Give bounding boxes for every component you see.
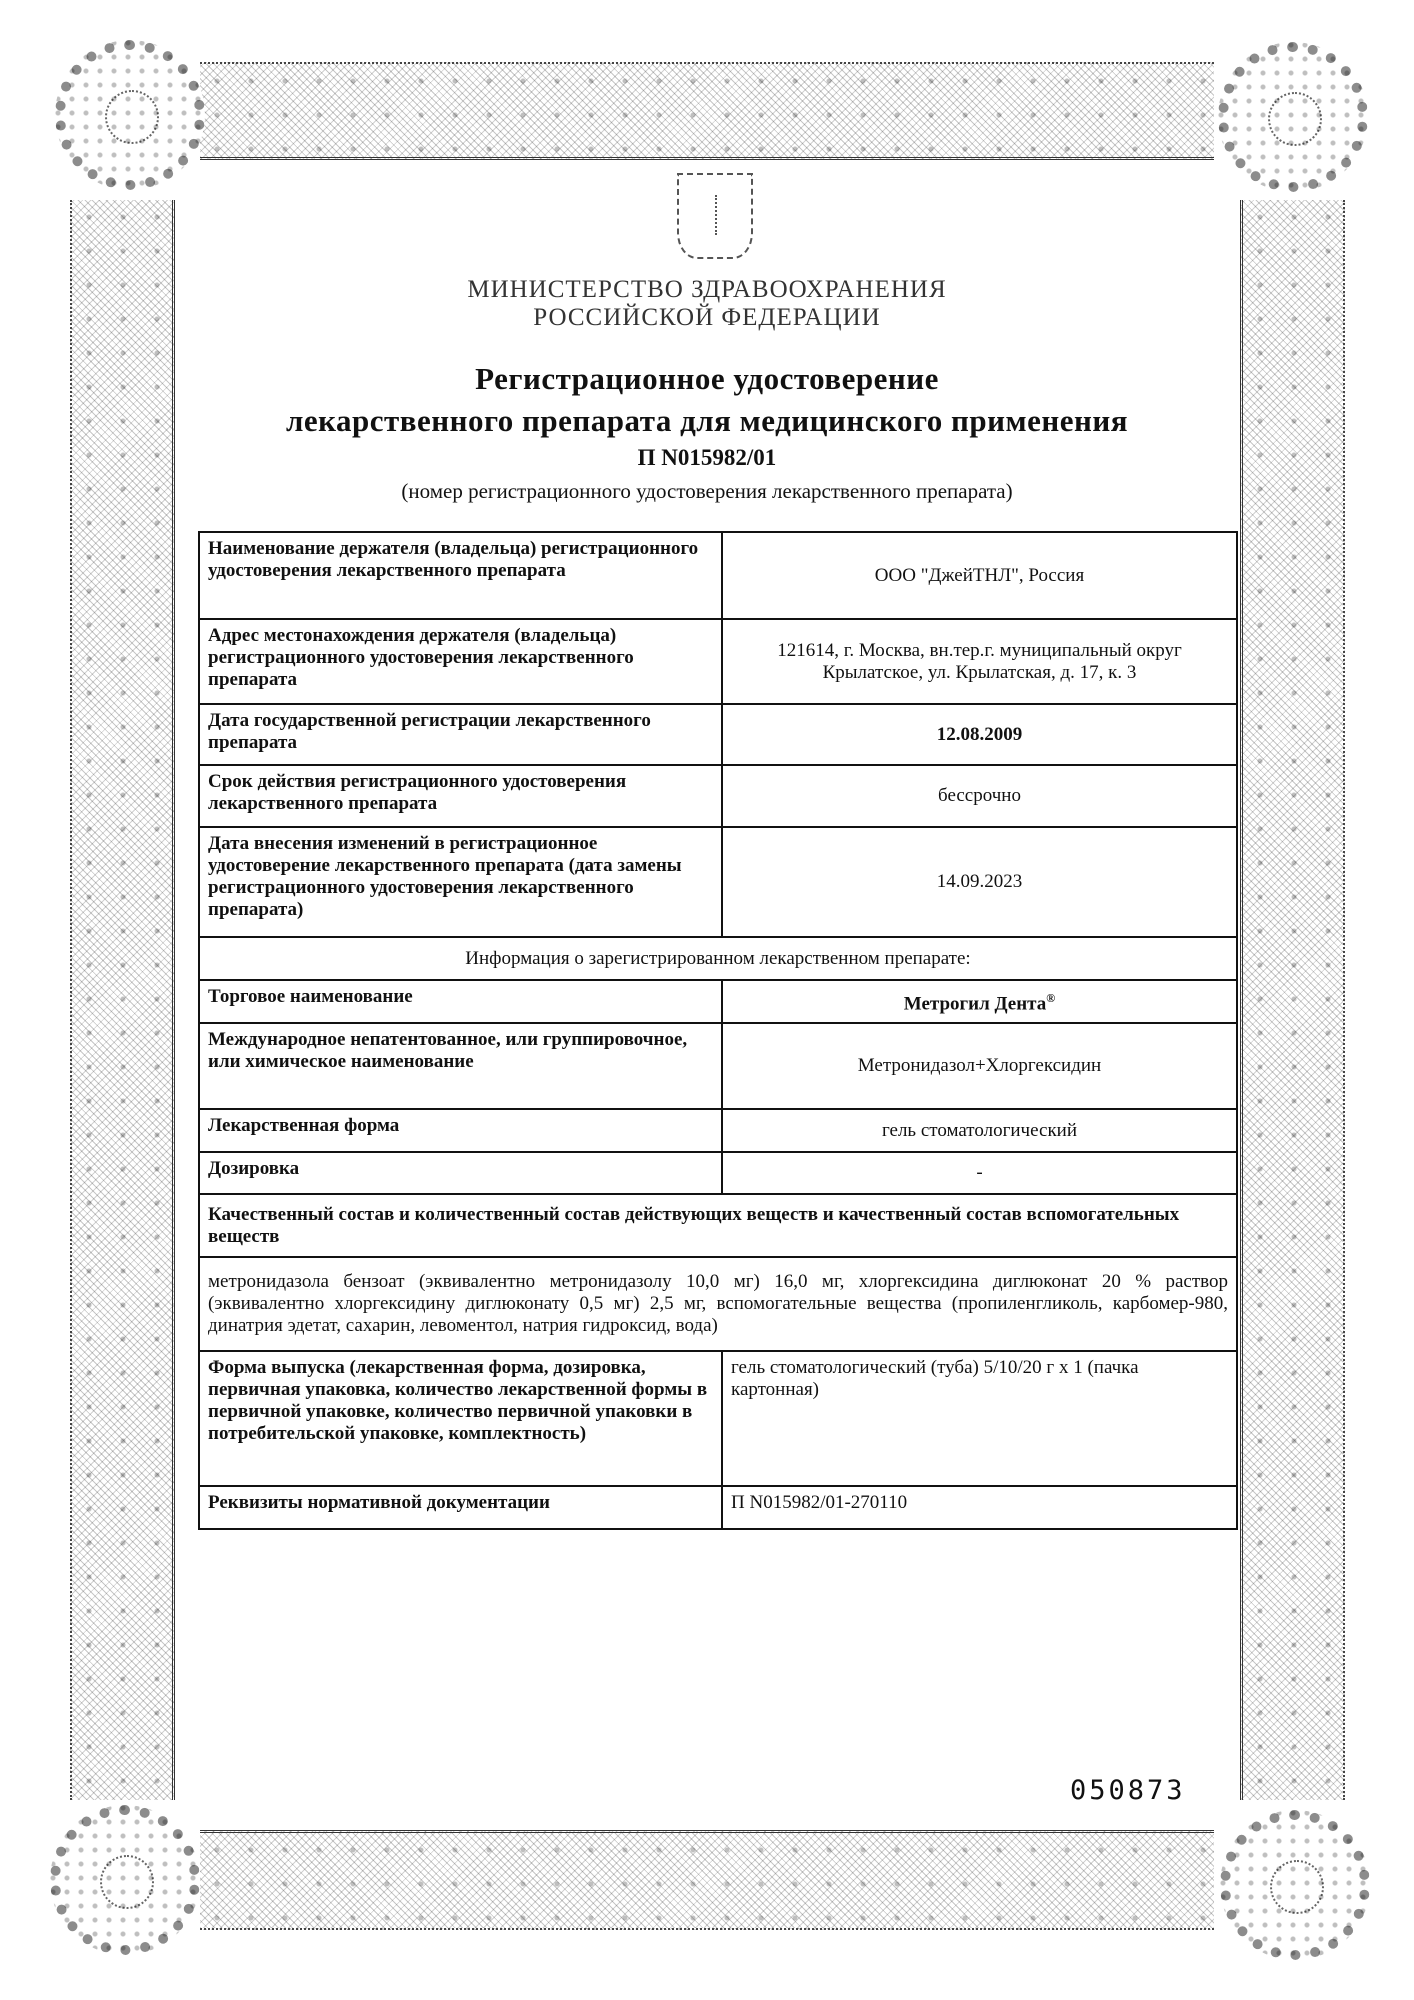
table-row: Качественный состав и количественный сос… <box>199 1194 1237 1257</box>
ministry-name: МИНИСТЕРСТВО ЗДРАВООХРАНЕНИЯ РОССИЙСКОЙ … <box>0 276 1414 332</box>
amendment-date-value: 14.09.2023 <box>722 827 1237 937</box>
drug-info-heading: Информация о зарегистрированном лекарств… <box>199 937 1237 980</box>
corner-rosette-icon <box>1220 1810 1370 1960</box>
title-line-1: Регистрационное удостоверение <box>0 358 1414 400</box>
holder-address-label: Адрес местонахождения держателя (владель… <box>199 619 722 704</box>
table-row: Дозировка - <box>199 1152 1237 1194</box>
title-line-2: лекарственного препарата для медицинског… <box>0 400 1414 442</box>
table-row: Форма выпуска (лекарственная форма, дози… <box>199 1351 1237 1486</box>
table-row: Международное непатентованное, или групп… <box>199 1023 1237 1109</box>
coat-of-arms-icon <box>677 173 753 259</box>
inn-value: Метронидазол+Хлоргексидин <box>722 1023 1237 1109</box>
corner-rosette-icon <box>50 1805 200 1955</box>
trade-name-text: Метрогил Дента <box>904 994 1046 1015</box>
table-row: Торговое наименование Метрогил Дента® <box>199 980 1237 1023</box>
trade-name-label: Торговое наименование <box>199 980 722 1023</box>
corner-rosette-icon <box>55 40 205 190</box>
corner-rosette-icon <box>1218 42 1368 192</box>
registration-number-caption: (номер регистрационного удостоверения ле… <box>0 479 1414 504</box>
table-row: Наименование держателя (владельца) регис… <box>199 532 1237 619</box>
table-row: Дата государственной регистрации лекарст… <box>199 704 1237 765</box>
table-row: Срок действия регистрационного удостовер… <box>199 765 1237 827</box>
holder-name-value: ООО "ДжейТНЛ", Россия <box>722 532 1237 619</box>
composition-heading: Качественный состав и количественный сос… <box>199 1194 1237 1257</box>
composition-text: метронидазола бензоат (эквивалентно метр… <box>199 1257 1237 1351</box>
inn-label: Международное непатентованное, или групп… <box>199 1023 722 1109</box>
normative-docs-value: П N015982/01-270110 <box>722 1486 1237 1529</box>
form-serial-number: 050873 <box>1070 1775 1186 1806</box>
validity-period-value: бессрочно <box>722 765 1237 827</box>
registered-trademark-mark: ® <box>1046 991 1055 1005</box>
ornamental-border-bottom <box>200 1830 1214 1930</box>
dosage-value: - <box>722 1152 1237 1194</box>
holder-address-value: 121614, г. Москва, вн.тер.г. муниципальн… <box>722 619 1237 704</box>
document-title: Регистрационное удостоверение лекарствен… <box>0 358 1414 442</box>
certificate-table: Наименование держателя (владельца) регис… <box>198 531 1238 1530</box>
ministry-line-2: РОССИЙСКОЙ ФЕДЕРАЦИИ <box>0 304 1414 332</box>
table-row: Информация о зарегистрированном лекарств… <box>199 937 1237 980</box>
table-row: Дата внесения изменений в регистрационно… <box>199 827 1237 937</box>
release-form-value: гель стоматологический (туба) 5/10/20 г … <box>722 1351 1237 1486</box>
registration-number: П N015982/01 <box>0 445 1414 471</box>
dosage-label: Дозировка <box>199 1152 722 1194</box>
holder-name-label: Наименование держателя (владельца) регис… <box>199 532 722 619</box>
table-row: Адрес местонахождения держателя (владель… <box>199 619 1237 704</box>
table-row: метронидазола бензоат (эквивалентно метр… <box>199 1257 1237 1351</box>
normative-docs-label: Реквизиты нормативной документации <box>199 1486 722 1529</box>
validity-period-label: Срок действия регистрационного удостовер… <box>199 765 722 827</box>
table-row: Реквизиты нормативной документации П N01… <box>199 1486 1237 1529</box>
dosage-form-value: гель стоматологический <box>722 1109 1237 1152</box>
dosage-form-label: Лекарственная форма <box>199 1109 722 1152</box>
amendment-date-label: Дата внесения изменений в регистрационно… <box>199 827 722 937</box>
release-form-label: Форма выпуска (лекарственная форма, дози… <box>199 1351 722 1486</box>
ornamental-border-top <box>200 62 1214 160</box>
registration-date-label: Дата государственной регистрации лекарст… <box>199 704 722 765</box>
ministry-line-1: МИНИСТЕРСТВО ЗДРАВООХРАНЕНИЯ <box>0 276 1414 304</box>
table-row: Лекарственная форма гель стоматологическ… <box>199 1109 1237 1152</box>
registration-date-value: 12.08.2009 <box>722 704 1237 765</box>
trade-name-value: Метрогил Дента® <box>722 980 1237 1023</box>
